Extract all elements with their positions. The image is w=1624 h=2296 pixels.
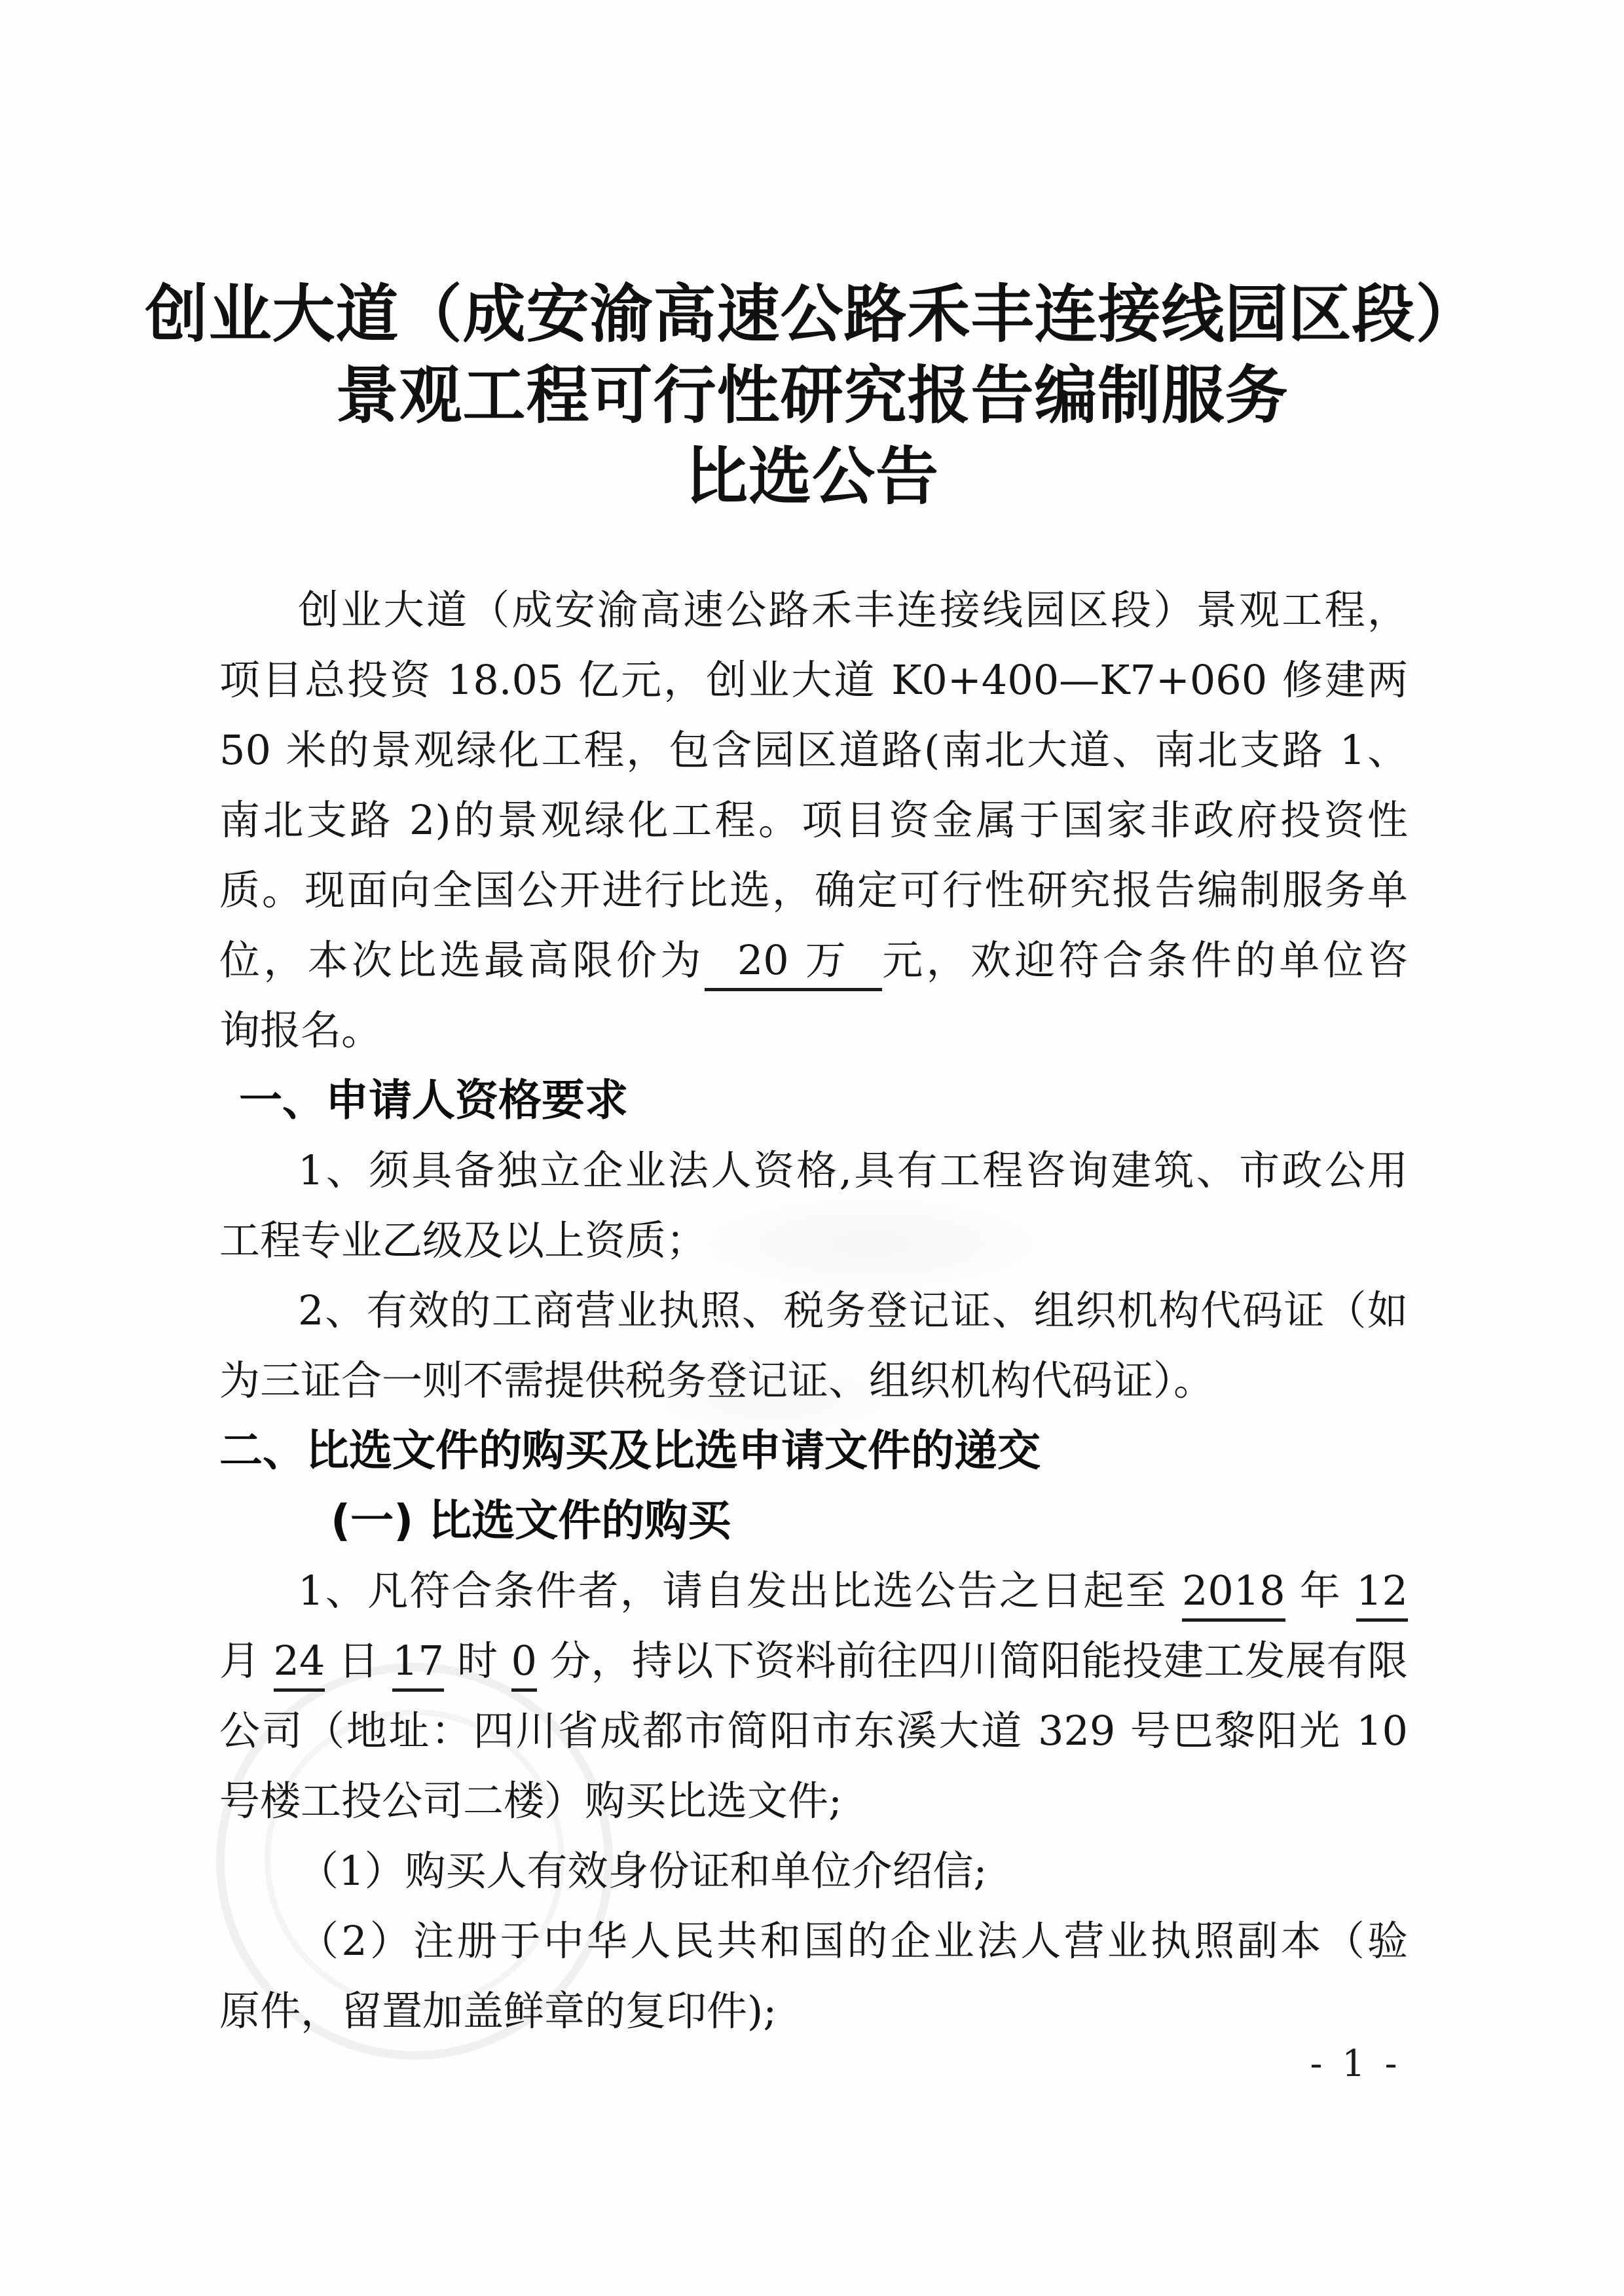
text-line: 创业大道（成安渝高速公路禾丰连接线园区段）景观工程， xyxy=(219,575,1408,645)
text-line: （2）注册于中华人民共和国的企业法人营业执照副本（验 xyxy=(219,1906,1408,1976)
text-segment: 时 xyxy=(444,1637,511,1685)
text-line: 50 米的景观绿化工程，包含园区道路(南北大道、南北支路 1、 xyxy=(219,715,1408,785)
text-segment: 1、凡符合条件者，请自发出比选公告之日起至 xyxy=(298,1567,1182,1614)
text-segment: 50 米的景观绿化工程，包含园区道路(南北大道、南北支路 1、 xyxy=(219,726,1408,774)
underlined-value: 0 xyxy=(511,1637,537,1692)
underlined-value: 24 xyxy=(274,1637,325,1692)
text-line: 原件，留置加盖鲜章的复印件); xyxy=(219,1976,1408,2046)
underlined-value: 17 xyxy=(392,1637,444,1692)
underlined-value: 12 xyxy=(1356,1567,1408,1622)
underlined-value: 20 万 xyxy=(705,936,882,991)
text-segment: （2）注册于中华人民共和国的企业法人营业执照副本（验 xyxy=(298,1917,1408,1965)
underlined-value: 2018 xyxy=(1182,1567,1285,1622)
text-segment: 质。现面向全国公开进行比选，确定可行性研究报告编制服务单 xyxy=(219,866,1408,914)
document-page: 创业大道（成安渝高速公路禾丰连接线园区段） 景观工程可行性研究报告编制服务 比选… xyxy=(0,0,1624,2296)
text-segment: 公司（地址：四川省成都市简阳市东溪大道 329 号巴黎阳光 10 xyxy=(219,1707,1408,1755)
text-line: 质。现面向全国公开进行比选，确定可行性研究报告编制服务单 xyxy=(219,855,1408,925)
text-line: （1）购买人有效身份证和单位介绍信; xyxy=(219,1836,1408,1906)
text-line: 1、凡符合条件者，请自发出比选公告之日起至 2018 年 12 xyxy=(219,1556,1408,1626)
text-segment: 1、须具备独立企业法人资格,具有工程咨询建筑、市政公用 xyxy=(298,1146,1408,1194)
text-line: 工程专业乙级及以上资质； xyxy=(219,1205,1408,1275)
document-body: 创业大道（成安渝高速公路禾丰连接线园区段）景观工程，项目总投资 18.05 亿元… xyxy=(219,575,1408,2046)
text-segment: 号楼工投公司二楼）购买比选文件; xyxy=(219,1777,842,1825)
text-segment: 工程专业乙级及以上资质； xyxy=(219,1216,707,1264)
section-heading: (一) 比选文件的购买 xyxy=(219,1485,1408,1556)
document-title: 创业大道（成安渝高速公路禾丰连接线园区段） 景观工程可行性研究报告编制服务 比选… xyxy=(0,274,1624,517)
text-segment: 日 xyxy=(325,1637,392,1685)
text-segment: 年 xyxy=(1285,1567,1356,1614)
text-line: 项目总投资 18.05 亿元，创业大道 K0+400—K7+060 修建两侧各 xyxy=(219,645,1408,715)
text-segment: (一) 比选文件的购买 xyxy=(331,1495,731,1546)
text-line: 号楼工投公司二楼）购买比选文件; xyxy=(219,1766,1408,1836)
text-segment: 原件，留置加盖鲜章的复印件); xyxy=(219,1987,777,2035)
text-segment: 元，欢迎符合条件的单位咨 xyxy=(882,936,1408,984)
text-segment: 为三证合一则不需提供税务登记证、组织机构代码证）。 xyxy=(219,1357,1214,1404)
text-segment: 询报名。 xyxy=(219,1006,382,1054)
text-segment: 一、申请人资格要求 xyxy=(239,1075,628,1125)
text-segment: 南北支路 2)的景观绿化工程。项目资金属于国家非政府投资性 xyxy=(219,796,1408,844)
text-segment: 二、比选文件的购买及比选申请文件的递交 xyxy=(219,1425,1041,1476)
section-heading: 二、比选文件的购买及比选申请文件的递交 xyxy=(219,1415,1408,1485)
text-line: 公司（地址：四川省成都市简阳市东溪大道 329 号巴黎阳光 10 xyxy=(219,1696,1408,1766)
text-line: 为三证合一则不需提供税务登记证、组织机构代码证）。 xyxy=(219,1345,1408,1415)
text-segment: 位，本次比选最高限价为 xyxy=(219,936,705,984)
section-heading: 一、申请人资格要求 xyxy=(219,1065,1408,1135)
document-title-line-3: 比选公告 xyxy=(0,436,1624,517)
text-line: 位，本次比选最高限价为 20 万 元，欢迎符合条件的单位咨 xyxy=(219,925,1408,995)
document-title-line-1: 创业大道（成安渝高速公路禾丰连接线园区段） xyxy=(0,274,1624,355)
document-title-line-2: 景观工程可行性研究报告编制服务 xyxy=(0,355,1624,436)
text-line: 1、须具备独立企业法人资格,具有工程咨询建筑、市政公用 xyxy=(219,1135,1408,1205)
text-segment: 2、有效的工商营业执照、税务登记证、组织机构代码证（如 xyxy=(298,1286,1408,1334)
text-segment: 项目总投资 18.05 亿元，创业大道 K0+400—K7+060 修建两侧各 xyxy=(219,656,1408,715)
text-segment: 创业大道（成安渝高速公路禾丰连接线园区段）景观工程， xyxy=(298,586,1408,634)
text-line: 南北支路 2)的景观绿化工程。项目资金属于国家非政府投资性 xyxy=(219,785,1408,855)
page-number: - 1 - xyxy=(1283,2041,1428,2087)
text-line: 月 24 日 17 时 0 分，持以下资料前往四川简阳能投建工发展有限 xyxy=(219,1626,1408,1696)
text-line: 2、有效的工商营业执照、税务登记证、组织机构代码证（如 xyxy=(219,1275,1408,1345)
text-segment: （1）购买人有效身份证和单位介绍信; xyxy=(298,1847,987,1895)
text-segment: 分，持以下资料前往四川简阳能投建工发展有限 xyxy=(537,1637,1408,1685)
text-segment: 月 xyxy=(219,1637,274,1685)
text-line: 询报名。 xyxy=(219,995,1408,1065)
